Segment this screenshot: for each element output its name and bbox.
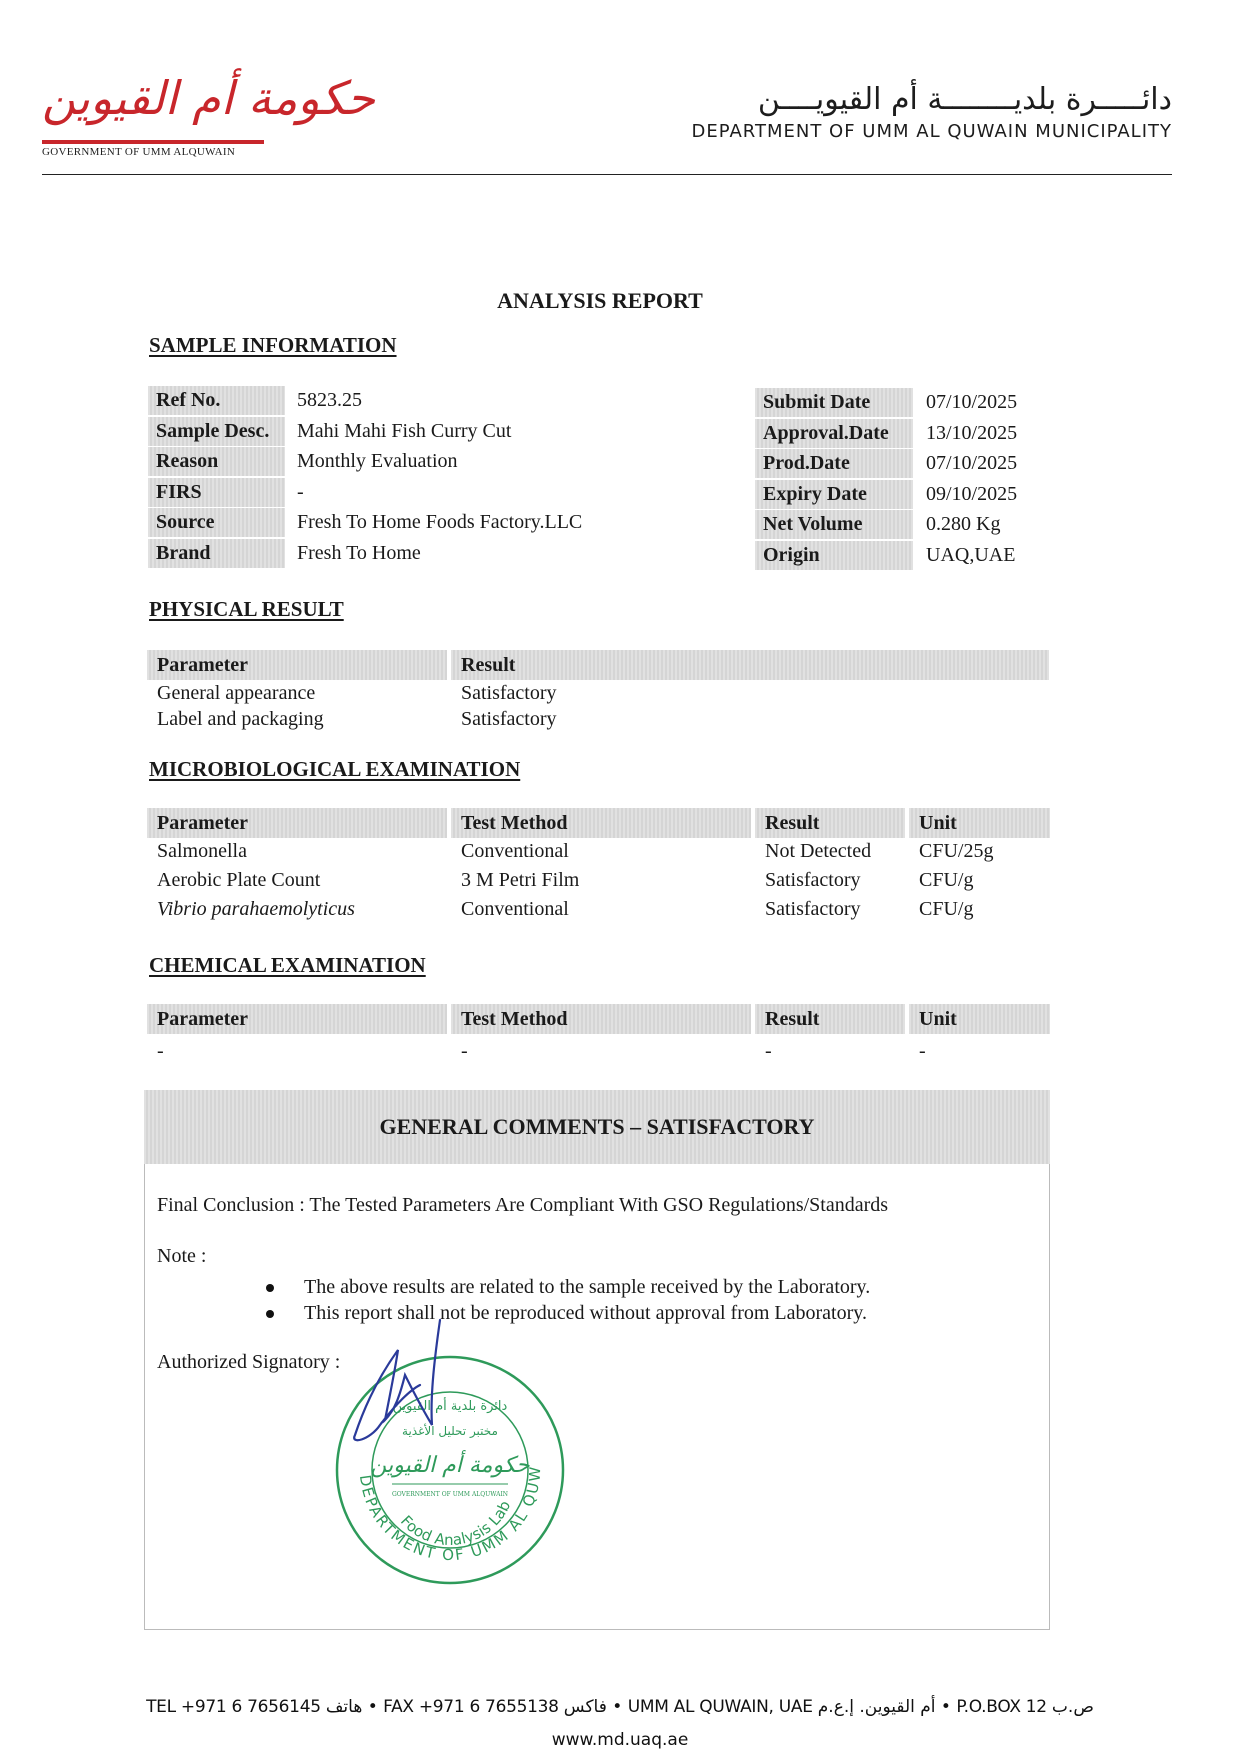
government-name: GOVERNMENT OF UMM ALQUWAIN — [42, 146, 235, 158]
table-cell: CFU/g — [919, 867, 973, 894]
column-header: Result — [755, 808, 905, 838]
header-divider — [42, 174, 1172, 175]
note-label: Note : — [157, 1245, 206, 1268]
table-cell: Conventional — [461, 838, 569, 865]
report-title: ANALYSIS REPORT — [0, 288, 1200, 314]
sample-info-value: 5823.25 — [297, 386, 362, 415]
table-cell: Salmonella — [157, 838, 247, 865]
sample-info-label: Ref No. — [148, 386, 285, 415]
sample-information-heading: SAMPLE INFORMATION — [149, 333, 397, 358]
table-cell: CFU/25g — [919, 838, 993, 865]
table-cell: 3 M Petri Film — [461, 867, 579, 894]
column-header: Parameter — [147, 808, 447, 838]
table-cell: Aerobic Plate Count — [157, 867, 320, 894]
note-text: The above results are related to the sam… — [304, 1276, 870, 1298]
bullet-icon — [266, 1284, 274, 1292]
table-cell: Satisfactory — [765, 867, 861, 894]
column-header: Test Method — [451, 808, 751, 838]
table-cell: - — [157, 1038, 164, 1065]
sample-info-value: Monthly Evaluation — [297, 447, 458, 476]
table-cell: Label and packaging — [157, 706, 324, 733]
sample-info-label: Sample Desc. — [148, 417, 285, 446]
physical-result-heading: PHYSICAL RESULT — [149, 597, 344, 622]
svg-text:GOVERNMENT OF UMM ALQUWAIN: GOVERNMENT OF UMM ALQUWAIN — [392, 1491, 508, 1498]
table-cell: - — [919, 1038, 926, 1065]
sample-info-value: 09/10/2025 — [926, 480, 1017, 509]
sample-info-value: 07/10/2025 — [926, 388, 1017, 417]
table-cell: - — [461, 1038, 468, 1065]
final-conclusion: Final Conclusion : The Tested Parameters… — [157, 1194, 888, 1217]
sample-info-label: Submit Date — [755, 388, 913, 417]
lab-stamp: DEPARTMENT OF UMM AL QUWAIN MUNICIPALITY… — [330, 1350, 570, 1590]
sample-info-value: UAQ,UAE — [926, 541, 1015, 570]
column-header: Result — [755, 1004, 905, 1034]
column-header: Parameter — [147, 1004, 447, 1034]
table-cell: Satisfactory — [765, 896, 861, 923]
sample-info-label: FIRS — [148, 478, 285, 507]
column-header: Parameter — [147, 650, 447, 680]
table-cell: Conventional — [461, 896, 569, 923]
microbiological-heading: MICROBIOLOGICAL EXAMINATION — [149, 757, 520, 782]
sample-info-label: Origin — [755, 541, 913, 570]
table-cell: Not Detected — [765, 838, 871, 865]
government-logo-arabic: حكومة أم القيوين — [42, 58, 262, 138]
signature — [340, 1315, 450, 1465]
chemical-heading: CHEMICAL EXAMINATION — [149, 953, 426, 978]
note-item: The above results are related to the sam… — [266, 1276, 870, 1299]
logo-red-rule — [42, 140, 264, 144]
table-cell: Satisfactory — [461, 680, 557, 707]
sample-info-label: Source — [148, 508, 285, 537]
column-header: Test Method — [451, 1004, 751, 1034]
sample-info-value: Fresh To Home Foods Factory.LLC — [297, 508, 582, 537]
sample-info-label: Brand — [148, 539, 285, 568]
footer-website[interactable]: www.md.uaq.ae — [0, 1730, 1240, 1750]
sample-info-value: 13/10/2025 — [926, 419, 1017, 448]
table-cell: Vibrio parahaemolyticus — [157, 896, 355, 923]
sample-info-label: Prod.Date — [755, 449, 913, 478]
table-cell: CFU/g — [919, 896, 973, 923]
government-logo: حكومة أم القيوين — [42, 58, 262, 148]
authorized-signatory-label: Authorized Signatory : — [157, 1351, 340, 1374]
sample-info-label: Net Volume — [755, 510, 913, 539]
department-name-arabic: دائـــــرة بلديــــــــة أم القيويــــن — [758, 82, 1172, 117]
sample-info-value: - — [297, 478, 304, 507]
table-cell: General appearance — [157, 680, 315, 707]
column-header: Unit — [909, 808, 1050, 838]
table-cell: Satisfactory — [461, 706, 557, 733]
sample-info-value: 0.280 Kg — [926, 510, 1000, 539]
sample-info-value: Fresh To Home — [297, 539, 421, 568]
department-name: DEPARTMENT OF UMM AL QUWAIN MUNICIPALITY — [692, 121, 1172, 142]
column-header: Result — [451, 650, 1049, 680]
sample-info-value: 07/10/2025 — [926, 449, 1017, 478]
footer-contact: TEL +971 6 7656145 هاتف • FAX +971 6 765… — [0, 1697, 1240, 1717]
sample-info-value: Mahi Mahi Fish Curry Cut — [297, 417, 511, 446]
sample-info-label: Expiry Date — [755, 480, 913, 509]
sample-info-label: Approval.Date — [755, 419, 913, 448]
column-header: Unit — [909, 1004, 1050, 1034]
general-comments-heading: GENERAL COMMENTS – SATISFACTORY — [144, 1090, 1050, 1164]
table-cell: - — [765, 1038, 772, 1065]
sample-info-label: Reason — [148, 447, 285, 476]
bullet-icon — [266, 1310, 274, 1318]
